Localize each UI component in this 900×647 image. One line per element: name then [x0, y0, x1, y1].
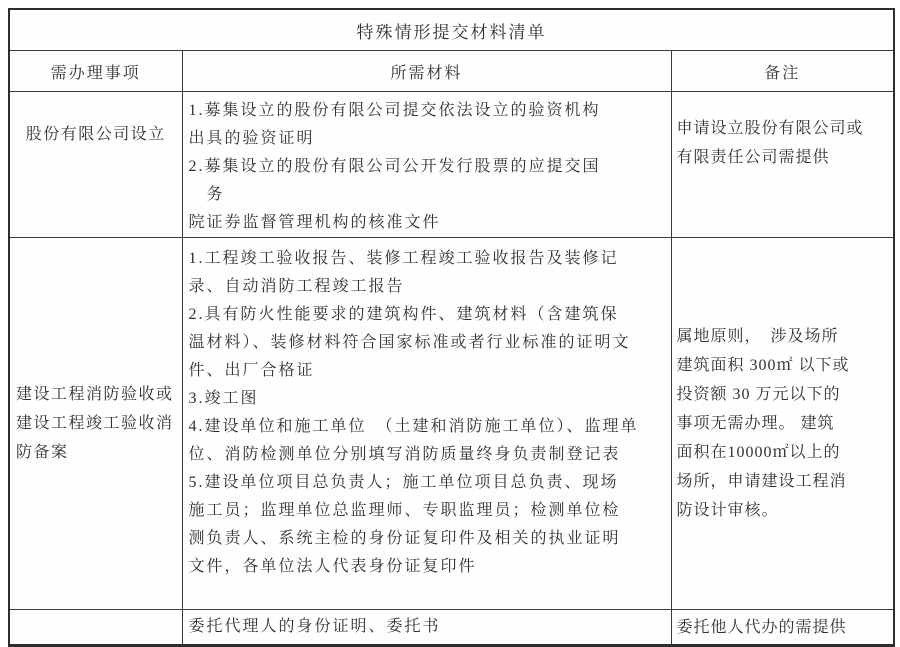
col-header-required-matter: 需办理事项: [9, 51, 182, 92]
table-title: 特殊情形提交材料清单: [9, 9, 894, 51]
cell-matter-empty: [9, 610, 182, 646]
table-row-fire-inspection: 建设工程消防验收或 建设工程竣工验收消 防备案 1.工程竣工验收报告、装修工程竣…: [9, 238, 894, 610]
table-row-agent-delegation: 委托代理人的身份证明、委托书 委托他人代办的需提供: [9, 610, 894, 646]
header-row: 需办理事项 所需材料 备注: [9, 51, 894, 92]
cell-matter-fire-inspection: 建设工程消防验收或 建设工程竣工验收消 防备案: [9, 238, 182, 610]
cell-remark-agent-delegation: 委托他人代办的需提供: [671, 610, 894, 646]
document-page: 特殊情形提交材料清单 需办理事项 所需材料 备注 股份有限公司设立 1.募集设立…: [8, 8, 895, 647]
cell-materials-fire-inspection: 1.工程竣工验收报告、装修工程竣工验收报告及装修记 录、自动消防工程竣工报告 2…: [182, 238, 671, 610]
col-header-remarks: 备注: [671, 51, 894, 92]
cell-matter-company-establishment: 股份有限公司设立: [9, 92, 182, 238]
table-row-company-establishment: 股份有限公司设立 1.募集设立的股份有限公司提交依法设立的验资机构 出具的验资证…: [9, 92, 894, 238]
cell-materials-agent-delegation: 委托代理人的身份证明、委托书: [182, 610, 671, 646]
title-row: 特殊情形提交材料清单: [9, 9, 894, 51]
cell-remark-company-establishment: 申请设立股份有限公司或 有限责任公司需提供: [671, 92, 894, 238]
cell-remark-fire-inspection: 属地原则， 涉及场所 建筑面积 300㎡ 以下或 投资额 30 万元以下的 事项…: [671, 238, 894, 610]
col-header-required-materials: 所需材料: [182, 51, 671, 92]
special-materials-table: 特殊情形提交材料清单 需办理事项 所需材料 备注 股份有限公司设立 1.募集设立…: [8, 8, 895, 647]
cell-materials-company-establishment: 1.募集设立的股份有限公司提交依法设立的验资机构 出具的验资证明 2.募集设立的…: [182, 92, 671, 238]
